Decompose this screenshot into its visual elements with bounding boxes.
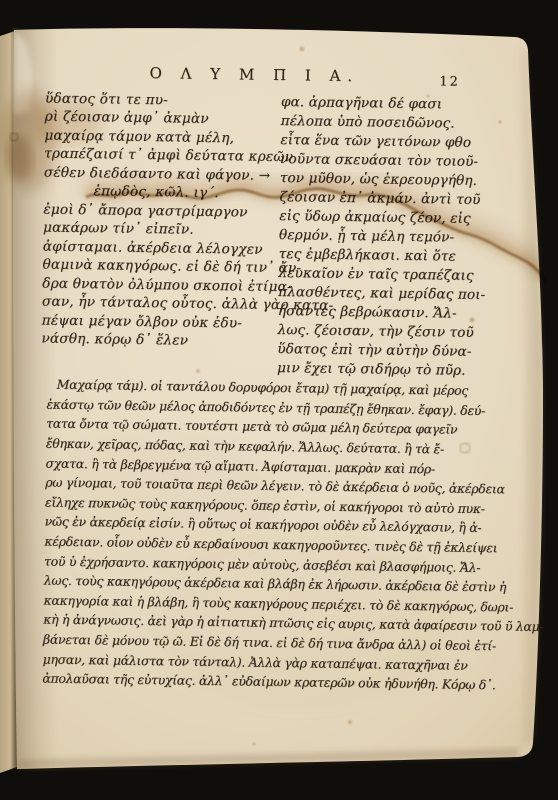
text-line: τον μῦθον, ὡς ἐκρεουργήθη. xyxy=(280,170,477,189)
text-line: λως. τοὺς κακηγόρους ἀκέρδεια καὶ βλάβη … xyxy=(44,573,506,595)
text-line: κὴ ἡ ἀνάγνωσις. ἀεὶ γὰρ ἡ αἰτιατικὴ πτῶσ… xyxy=(43,611,543,633)
text-line: θαμινὰ κακηγόρως. εἰ δὲ δή τιν᾽ ἄν- xyxy=(42,256,301,276)
text-line: δρα θνατὸν ὀλύμπου σκοποὶ ἐτίμα- xyxy=(42,275,292,295)
page-number: 12 xyxy=(439,74,460,89)
text-line: νάσθη. κόρῳ δ᾽ ἕλεν xyxy=(41,330,188,348)
text-line: ζέοισαν ἐπ᾽ ἀκμάν. ἀντὶ τοῦ xyxy=(279,189,480,208)
running-title: Ο Λ Υ Μ Π Ι Α. xyxy=(59,63,449,87)
text-line: μιν ἔχει τῷ σιδήρῳ τὸ πῦρ. xyxy=(277,360,466,379)
text-line: ὕδατος ἐπὶ τὴν αὐτὴν δύνα- xyxy=(277,341,471,360)
text-line: λευκαῖον ἐν ταῖς τραπέζαις xyxy=(278,265,473,284)
text-line: πέψαι μέγαν ὄλβον οὐκ ἐδυ- xyxy=(42,312,243,331)
printed-text: Ο Λ Υ Μ Π Ι Α. 12 ὕδατος ὅτι τε πυ- ρὶ ζ… xyxy=(0,0,558,800)
text-line: ρὶ ζέοισαν ἀμφ᾽ ἀκμὰν xyxy=(45,108,209,126)
text-line: ἐμοὶ δ᾽ ἄπορα γαστρίμαργον xyxy=(43,201,247,220)
book-page-photo: Ο Λ Υ Μ Π Ι Α. 12 ὕδατος ὅτι τε πυ- ρὶ ζ… xyxy=(0,0,558,800)
text-line: κέρδειαν. οἷον οὐδὲν εὖ κερδαίνουσι κακη… xyxy=(44,534,497,556)
text-line: ὕδατος ὅτι τε πυ- xyxy=(45,90,168,108)
text-line: Μαχαίρᾳ τάμ). οἱ ταντάλου δορυφόροι ἔταμ… xyxy=(57,377,469,398)
text-line: τατα ὄντα τῷ σώματι. τουτέστι μετὰ τὸ σῶ… xyxy=(46,416,457,437)
text-line: πλασθέντες, καὶ μερίδας ποι- xyxy=(278,284,485,303)
text-line: τοῦ ὑ ἐχρήσαντο. κακηγόροις μὲν αὐτοὺς, … xyxy=(44,554,480,575)
text-line: σχατα. ἢ τὰ βεβρεγμένα τῷ αἵματι. Ἀφίστα… xyxy=(45,456,434,477)
text-line: θερμόν. ᾗ τὰ μέλη τεμόν- xyxy=(279,227,454,246)
text-line: τες ἐμβεβλήκασι. καὶ ὅτε xyxy=(279,246,456,265)
text-line: βάνεται δὲ μόνου τῷ ῶ. Εἰ δὲ δή τινα. εἰ… xyxy=(43,631,496,653)
text-line: εἰς ὕδωρ ἀκμαίως ζέον, εἰς xyxy=(279,208,471,227)
text-line: λως. ζέοισαν, τὴν ζέσιν τοῦ xyxy=(277,322,473,341)
text-line: ἔθηκαν, χεῖρας, πόδας, καὶ τὴν κεφαλήν. … xyxy=(46,436,444,457)
text-line: ἑκάστῳ τῶν θεῶν μέλος ἀποδιδόντες ἐν τῇ … xyxy=(46,397,485,419)
text-line: φα. ἁρπαγῆναι δέ φασι xyxy=(281,94,442,112)
text-line: μησαν, καὶ μάλιστα τὸν τάνταλ). Ἀλλὰ γὰρ… xyxy=(43,651,468,672)
text-line: τραπέζαισί τ᾽ ἀμφὶ δεύτατα κρεῶν xyxy=(44,145,293,165)
text-line: εἴληχε πυκνῶς τοὺς κακηγόρους. ὅπερ ἐστὶ… xyxy=(45,495,485,517)
text-line: σέθεν διεδάσαντο καὶ φάγον. → xyxy=(44,164,271,183)
text-line: μαχαίρᾳ τάμον κατὰ μέλη, xyxy=(44,127,234,146)
text-line: ήσαντες βεβρώκασιν. Ἄλ- xyxy=(278,303,457,322)
text-line: νῶς ἐν ἀκερδείᾳ εἰσίν. ἢ οὕτως οἱ κακήγο… xyxy=(45,514,482,535)
text-line: ἀφίσταμαι. ἀκέρδεια λέλογχεν xyxy=(43,238,263,257)
text-line: νοῦντα σκευάσαι τὸν τοιοῦ- xyxy=(280,151,478,170)
text-line: μακάρων τίν᾽ εἰπεῖν. xyxy=(43,219,194,237)
text-line: εἶτα ἕνα τῶν γειτόνων φθο xyxy=(280,132,471,151)
text-line: κακηγορία καὶ ἡ βλάβη, ἣ τοὺς κακηγόρους… xyxy=(43,593,513,615)
text-line: πέλοπα ὑπὸ ποσειδῶνος. xyxy=(281,113,455,132)
text-line: ἀπολαῦσαι τῆς εὐτυχίας. ἀλλ᾽ εὐδαίμων κρ… xyxy=(42,670,495,692)
text-line: ρω γίνομαι, τοῦ τοιαῦτα περὶ θεῶν λέγειν… xyxy=(45,475,505,497)
text-line: ἐπῳδὸς, κῶλ. ιγ΄. xyxy=(93,183,218,201)
